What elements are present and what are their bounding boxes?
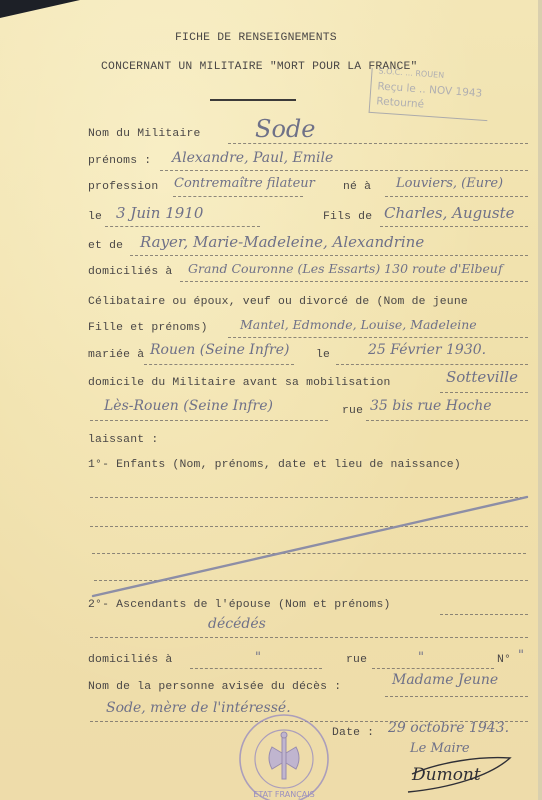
asc-no-label: N° bbox=[497, 654, 511, 666]
asc-rue-value: " bbox=[418, 650, 424, 665]
ascendants-value: décédés bbox=[208, 616, 266, 632]
asc-domicilies-label: domiciliés à bbox=[88, 654, 172, 666]
avise-label: Nom de la personne avisée du décès : bbox=[88, 681, 341, 693]
seal-text: ETAT FRANÇAIS bbox=[253, 790, 314, 799]
ascendants-line-2 bbox=[90, 637, 528, 638]
francisque-icon bbox=[269, 732, 299, 779]
ascendants-line-1 bbox=[440, 614, 528, 615]
asc-no-value: " bbox=[518, 648, 524, 663]
official-seal: ETAT FRANÇAIS bbox=[236, 707, 348, 800]
signature-flourish bbox=[400, 752, 520, 796]
date-value: 29 octobre 1943. bbox=[388, 720, 509, 736]
asc-rue-label: rue bbox=[346, 654, 367, 666]
avise-value-1: Madame Jeune bbox=[392, 672, 498, 688]
asc-rue-line bbox=[372, 668, 494, 669]
avise-line-1 bbox=[385, 696, 528, 697]
ascendants-label: 2°- Ascendants de l'épouse (Nom et préno… bbox=[88, 599, 391, 611]
asc-domicilies-value: " bbox=[255, 650, 261, 665]
asc-domicilies-line bbox=[190, 668, 322, 669]
